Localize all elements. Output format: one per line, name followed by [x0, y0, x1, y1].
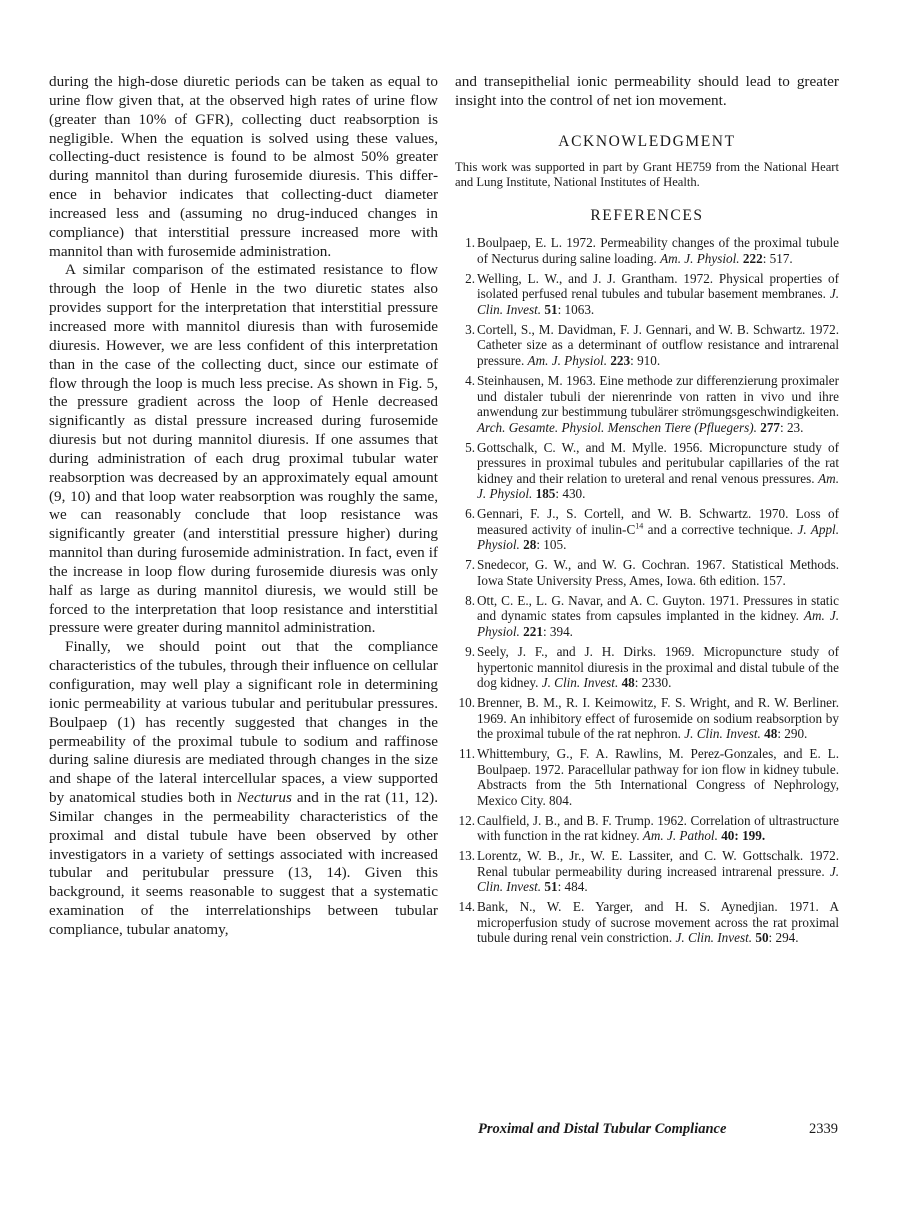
reference-number: 11. [452, 746, 475, 762]
reference-number: 10. [452, 695, 475, 711]
journal-name: Am. J. Pathol. [643, 828, 718, 843]
reference-item: 7.Snedecor, G. W., and W. G. Cochran. 19… [455, 557, 839, 588]
acknowledgment-text: This work was supported in part by Grant… [455, 160, 839, 191]
reference-item: 3.Cortell, S., M. Davidman, F. J. Gennar… [455, 322, 839, 369]
left-column: during the high-dose diuretic periods ca… [49, 73, 438, 940]
pages: : 2330. [635, 675, 672, 690]
journal-page: during the high-dose diuretic periods ca… [0, 0, 898, 1228]
journal-name: J. Clin. Invest. [676, 930, 753, 945]
body-paragraph-conclusion: and transepithelial ionic permeability s… [455, 73, 839, 111]
reference-item: 12.Caulfield, J. B., and B. F. Trump. 19… [455, 813, 839, 844]
journal-name: Am. J. Physiol. [528, 353, 607, 368]
pages: : 290. [777, 726, 807, 741]
page-number: 2339 [809, 1121, 838, 1138]
volume: 185 [536, 486, 556, 501]
reference-number: 12. [452, 813, 475, 829]
pages: : 430. [555, 486, 585, 501]
journal-name: Arch. Gesamte. Physiol. Menschen Tiere (… [477, 420, 757, 435]
right-column: and transepithelial ionic permeability s… [455, 73, 839, 950]
pages: : 484. [558, 879, 588, 894]
volume: 28 [523, 537, 536, 552]
reference-number: 4. [455, 373, 475, 389]
reference-number: 6. [455, 506, 475, 522]
reference-number: 14. [452, 899, 475, 915]
reference-item: 13.Lorentz, W. B., Jr., W. E. Lassiter, … [455, 848, 839, 895]
pages: : 394. [543, 624, 573, 639]
references-heading: REFERENCES [455, 207, 839, 225]
acknowledgment-heading: ACKNOWLEDGMENT [455, 133, 839, 151]
volume: 221 [523, 624, 543, 639]
reference-item: 14.Bank, N., W. E. Yarger, and H. S. Ayn… [455, 899, 839, 946]
pages: : 1063. [558, 302, 595, 317]
journal-name: J. Clin. Invest. [542, 675, 619, 690]
reference-text: Welling, L. W., and J. J. Grantham. 1972… [477, 271, 839, 302]
reference-text: Steinhausen, M. 1963. Eine methode zur d… [477, 373, 839, 419]
pages: : 517. [763, 251, 793, 266]
reference-number: 9. [455, 644, 475, 660]
reference-text: and a corrective technique. [643, 522, 797, 537]
reference-number: 13. [452, 848, 475, 864]
reference-text: Snedecor, G. W., and W. G. Cochran. 1967… [477, 557, 839, 588]
volume: 222 [743, 251, 763, 266]
volume: 223 [610, 353, 630, 368]
volume: 40 [721, 828, 734, 843]
reference-item: 6.Gennari, F. J., S. Cortell, and W. B. … [455, 506, 839, 553]
reference-text: Ott, C. E., L. G. Navar, and A. C. Guyto… [477, 593, 839, 624]
body-paragraph-continued: during the high-dose diuretic periods ca… [49, 73, 438, 261]
reference-number: 5. [455, 440, 475, 456]
paragraph-text: Finally, we should point out that the co… [49, 638, 438, 806]
pages: : 910. [630, 353, 660, 368]
pages: : 23. [780, 420, 803, 435]
reference-item: 2.Welling, L. W., and J. J. Grantham. 19… [455, 271, 839, 318]
journal-name: Am. J. Physiol. [660, 251, 739, 266]
volume: 277 [760, 420, 780, 435]
reference-item: 5.Gottschalk, C. W., and M. Mylle. 1956.… [455, 440, 839, 502]
body-paragraph-compliance: Finally, we should point out that the co… [49, 638, 438, 940]
reference-number: 1. [455, 235, 475, 251]
reference-text: Gottschalk, C. W., and M. Mylle. 1956. M… [477, 440, 839, 486]
volume: 48 [622, 675, 635, 690]
pages: : 199. [734, 828, 765, 843]
volume: 50 [755, 930, 768, 945]
body-paragraph-loop-of-henle: A similar comparison of the estimated re… [49, 261, 438, 638]
reference-item: 8.Ott, C. E., L. G. Navar, and A. C. Guy… [455, 593, 839, 640]
species-name-italic: Necturus [237, 789, 292, 806]
reference-number: 8. [455, 593, 475, 609]
pages: : 105. [536, 537, 566, 552]
reference-item: 10.Brenner, B. M., R. I. Keimowitz, F. S… [455, 695, 839, 742]
reference-item: 11.Whittembury, G., F. A. Rawlins, M. Pe… [455, 746, 839, 808]
journal-name: J. Clin. Invest. [684, 726, 761, 741]
running-title: Proximal and Distal Tubular Compliance [478, 1121, 726, 1138]
reference-number: 2. [455, 271, 475, 287]
volume: 51 [544, 879, 557, 894]
reference-item: 1.Boulpaep, E. L. 1972. Permeability cha… [455, 235, 839, 266]
reference-list: 1.Boulpaep, E. L. 1972. Permeability cha… [455, 235, 839, 946]
reference-item: 9.Seely, J. F., and J. H. Dirks. 1969. M… [455, 644, 839, 691]
volume: 48 [764, 726, 777, 741]
reference-text: Lorentz, W. B., Jr., W. E. Lassiter, and… [477, 848, 839, 879]
reference-number: 7. [455, 557, 475, 573]
reference-item: 4.Steinhausen, M. 1963. Eine methode zur… [455, 373, 839, 435]
volume: 51 [544, 302, 557, 317]
reference-text: Whittembury, G., F. A. Rawlins, M. Perez… [477, 746, 839, 808]
paragraph-text: and in the rat (11, 12). Similar changes… [49, 789, 438, 938]
pages: : 294. [769, 930, 799, 945]
reference-number: 3. [455, 322, 475, 338]
